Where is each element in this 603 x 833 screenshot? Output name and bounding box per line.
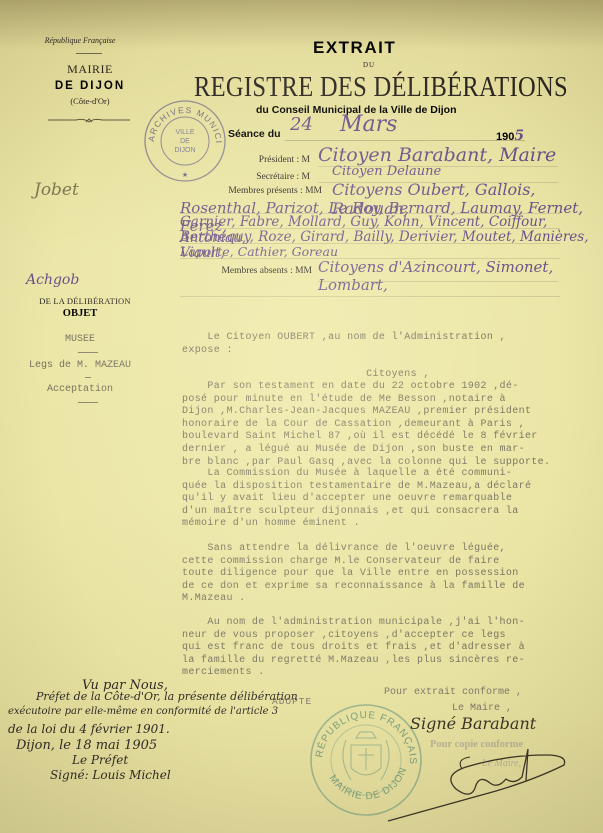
body-paragraph-commission: La Commission du Musée à laquelle a été …	[182, 468, 531, 531]
prefect-note-line-7: Signé: Louis Michel	[50, 768, 171, 782]
divider	[78, 402, 98, 403]
divider	[78, 352, 98, 353]
registre-title: REGISTRE DES DÉLIBÉRATIONS	[194, 72, 568, 104]
membres-absents-value: Citoyens d'Azincourt, Simonet, Lombart,	[318, 258, 603, 294]
svg-text:★: ★	[182, 171, 188, 179]
departement-label: (Côte-d'Or)	[30, 96, 150, 106]
seance-day-handwritten: 24	[290, 114, 313, 135]
mayor-signature-icon	[386, 745, 576, 825]
president-value: Citoyen Barabant, Maire	[318, 144, 556, 166]
du-label: DU	[363, 61, 375, 69]
ornament-divider-icon	[46, 117, 132, 125]
extrait-title: EXTRAIT	[313, 38, 396, 58]
body-salutation: Citoyens ,	[182, 369, 430, 382]
prefect-note-line-3: exécutoire par elle-même en conformité d…	[8, 706, 278, 717]
seance-underline	[285, 140, 525, 141]
prefect-note-line-4: de la loi du 4 février 1901.	[8, 722, 170, 736]
objet-item-musee: MUSEE	[0, 334, 160, 345]
objet-title: OBJET	[30, 308, 130, 319]
membres-absents-label: Membres absents : MM	[170, 266, 312, 276]
objet-item-legs: Legs de M. MAZEAU	[0, 360, 160, 371]
body-paragraph-delivrance: Sans attendre la délivrance de l'oeuvre …	[182, 543, 525, 606]
president-label: Président : M	[200, 155, 310, 165]
prefect-note-line-2: Préfet de la Côte-d'Or, la présente déli…	[36, 690, 298, 703]
le-maire-label: Le Maire ,	[452, 703, 512, 714]
document-page: République Française MAIRIE DE DIJON (Cô…	[0, 0, 603, 833]
pour-extrait-conforme: Pour extrait conforme ,	[384, 687, 522, 698]
margin-annotation: Jobet	[34, 180, 79, 200]
ruled-line	[180, 213, 560, 214]
svg-text:DIJON: DIJON	[175, 147, 196, 154]
objet-subtitle: DE LA DÉLIBÉRATION	[20, 296, 150, 306]
divider	[76, 53, 102, 54]
body-paragraph-intro: Le Citoyen OUBERT ,au nom de l'Administr…	[182, 332, 506, 357]
mairie-heading: MAIRIE	[30, 62, 150, 77]
secretaire-value: Citoyen Delaune	[332, 164, 441, 179]
seance-year: 1905	[496, 128, 524, 144]
ruled-line	[318, 281, 558, 282]
svg-text:DE: DE	[180, 138, 190, 145]
body-paragraph-testament: Par son testament en date du 22 octobre …	[182, 381, 550, 469]
divider	[85, 377, 91, 378]
seance-label: Séance du	[228, 128, 281, 140]
seance-year-printed: 190	[496, 131, 514, 143]
ruled-line	[180, 228, 560, 229]
membres-presents-label: Membres présents : MM	[180, 186, 322, 196]
membres-presents-line-5: Laporte, Cathier, Goreau	[180, 244, 338, 259]
body-paragraph-proposition: Au nom de l'administration municipale ,j…	[182, 617, 525, 680]
signe-barabant: Signé Barabant	[410, 714, 536, 733]
svg-text:VILLE: VILLE	[175, 129, 194, 136]
ruled-line	[180, 243, 560, 244]
membres-absents-extra: Achgob	[26, 272, 79, 288]
republique-francaise-heading: République Française	[30, 36, 130, 45]
secretaire-label: Secrétaire : M	[200, 172, 310, 182]
de-dijon-heading: DE DIJON	[30, 80, 150, 92]
seance-year-handwritten: 5	[514, 128, 524, 144]
seance-month-handwritten: Mars	[340, 112, 397, 137]
objet-item-acceptation: Acceptation	[0, 384, 160, 395]
ruled-line	[180, 296, 560, 297]
prefect-note-line-6: Le Préfet	[72, 753, 128, 767]
prefect-note-line-5: Dijon, le 18 mai 1905	[16, 738, 157, 753]
